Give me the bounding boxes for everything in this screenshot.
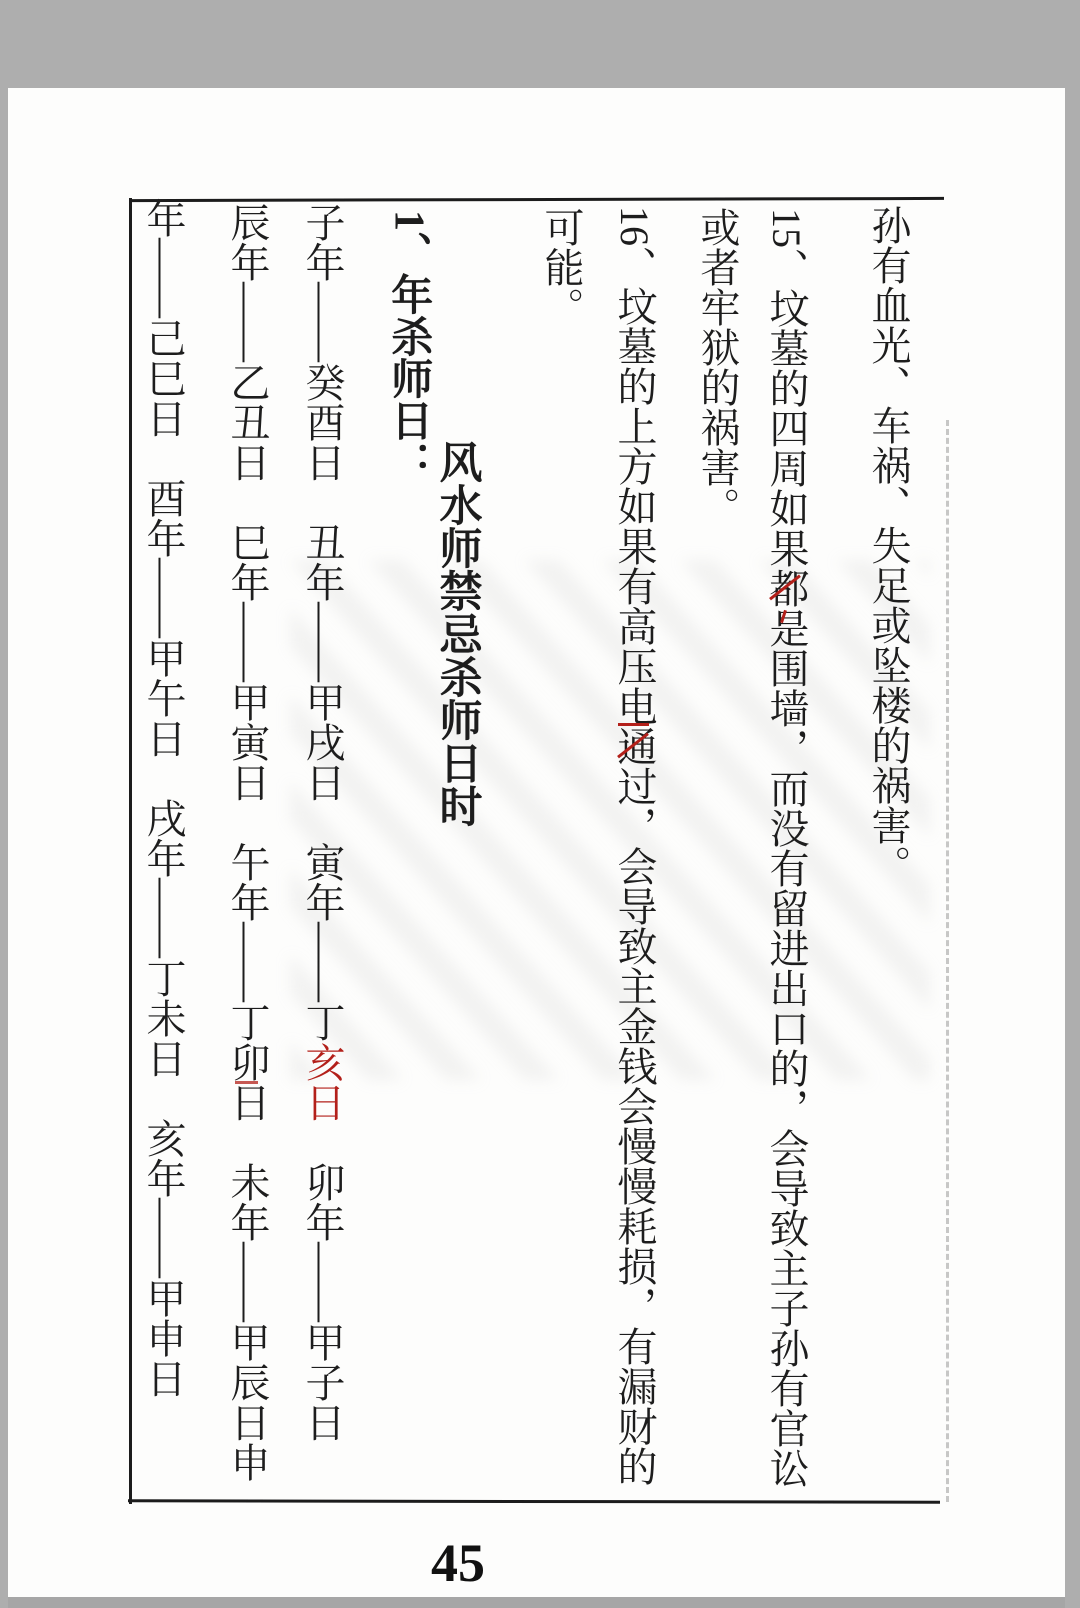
item-15-line-1: 15、坟墓的四周如果都是围墙，而没有留进出口的，会导致主子孙有官讼 — [763, 208, 809, 1488]
item-16-line-1: 16、坟墓的上方如果有高压电通过，会导致主金钱会慢慢耗损，有漏财的 — [611, 206, 657, 1486]
item-16-line-2: 可能。 — [538, 207, 584, 327]
year-table-line-2: 辰年——乙丑日 巳年——甲寅日 午年——丁卯日 未年——甲辰日申 — [224, 202, 270, 1482]
red-proofreading-mark: 电 — [612, 686, 657, 726]
red-proofreading-mark: 通 — [612, 726, 657, 766]
scanner-margin-left — [0, 0, 8, 1608]
subsection-1-title: 1、年杀师日： — [384, 210, 432, 483]
text-run: 辰年——乙丑日 巳年——甲寅日 午年——丁卯 — [225, 202, 270, 1082]
text-run: 15、坟墓的四周如果 — [764, 208, 809, 568]
text-run: 风水师禁忌杀师日时 — [433, 440, 480, 827]
paragraph-14-overflow: 孙有血光、车祸、失足或坠楼的祸害。 — [865, 205, 911, 885]
year-table-line-3: 年——己巳日 酉年——甲午日 戌年——丁未日 亥年——甲申日 — [140, 198, 186, 1398]
text-run: 或者牢狱的祸害。 — [695, 207, 740, 527]
text-run: 未年——甲辰日申 — [225, 1122, 270, 1482]
frame-border-right-faded — [946, 420, 949, 1502]
text-run: 卯年——甲子日 — [300, 1122, 345, 1442]
page-number: 45 — [398, 1532, 518, 1594]
text-run: 孙有血光、车祸、失足或坠楼的祸害。 — [866, 205, 911, 885]
text-run: 子年——癸酉日 丑年——甲戌日 寅年——丁 — [300, 202, 345, 1042]
text-run: 是围墙，而没有留进出口的，会导致主子孙有官讼 — [764, 608, 809, 1488]
red-proofreading-mark: 亥日 — [300, 1042, 345, 1122]
text-run: 过，会导致主金钱会慢慢耗损，有漏财的 — [612, 766, 657, 1486]
scanner-margin-top — [0, 0, 1080, 88]
red-proofreading-mark: 日 — [225, 1082, 270, 1122]
scanner-margin-bottom — [0, 1597, 1080, 1608]
section-heading: 风水师禁忌杀师日时 — [432, 440, 481, 827]
text-run: 年——己巳日 酉年——甲午日 戌年——丁未日 亥年——甲申日 — [141, 198, 186, 1398]
text-run: 可能。 — [539, 207, 584, 327]
item-15-line-2: 或者牢狱的祸害。 — [694, 207, 740, 527]
frame-border-left — [129, 198, 132, 1504]
scanned-book-page: 孙有血光、车祸、失足或坠楼的祸害。15、坟墓的四周如果都是围墙，而没有留进出口的… — [0, 0, 1080, 1608]
text-run: 16、坟墓的上方如果有高压 — [612, 206, 657, 686]
text-run: 1、年杀师日： — [385, 210, 431, 483]
scanner-margin-right — [1065, 0, 1080, 1608]
year-table-line-1: 子年——癸酉日 丑年——甲戌日 寅年——丁亥日 卯年——甲子日 — [299, 202, 345, 1442]
red-proofreading-mark: 都 — [764, 568, 809, 608]
